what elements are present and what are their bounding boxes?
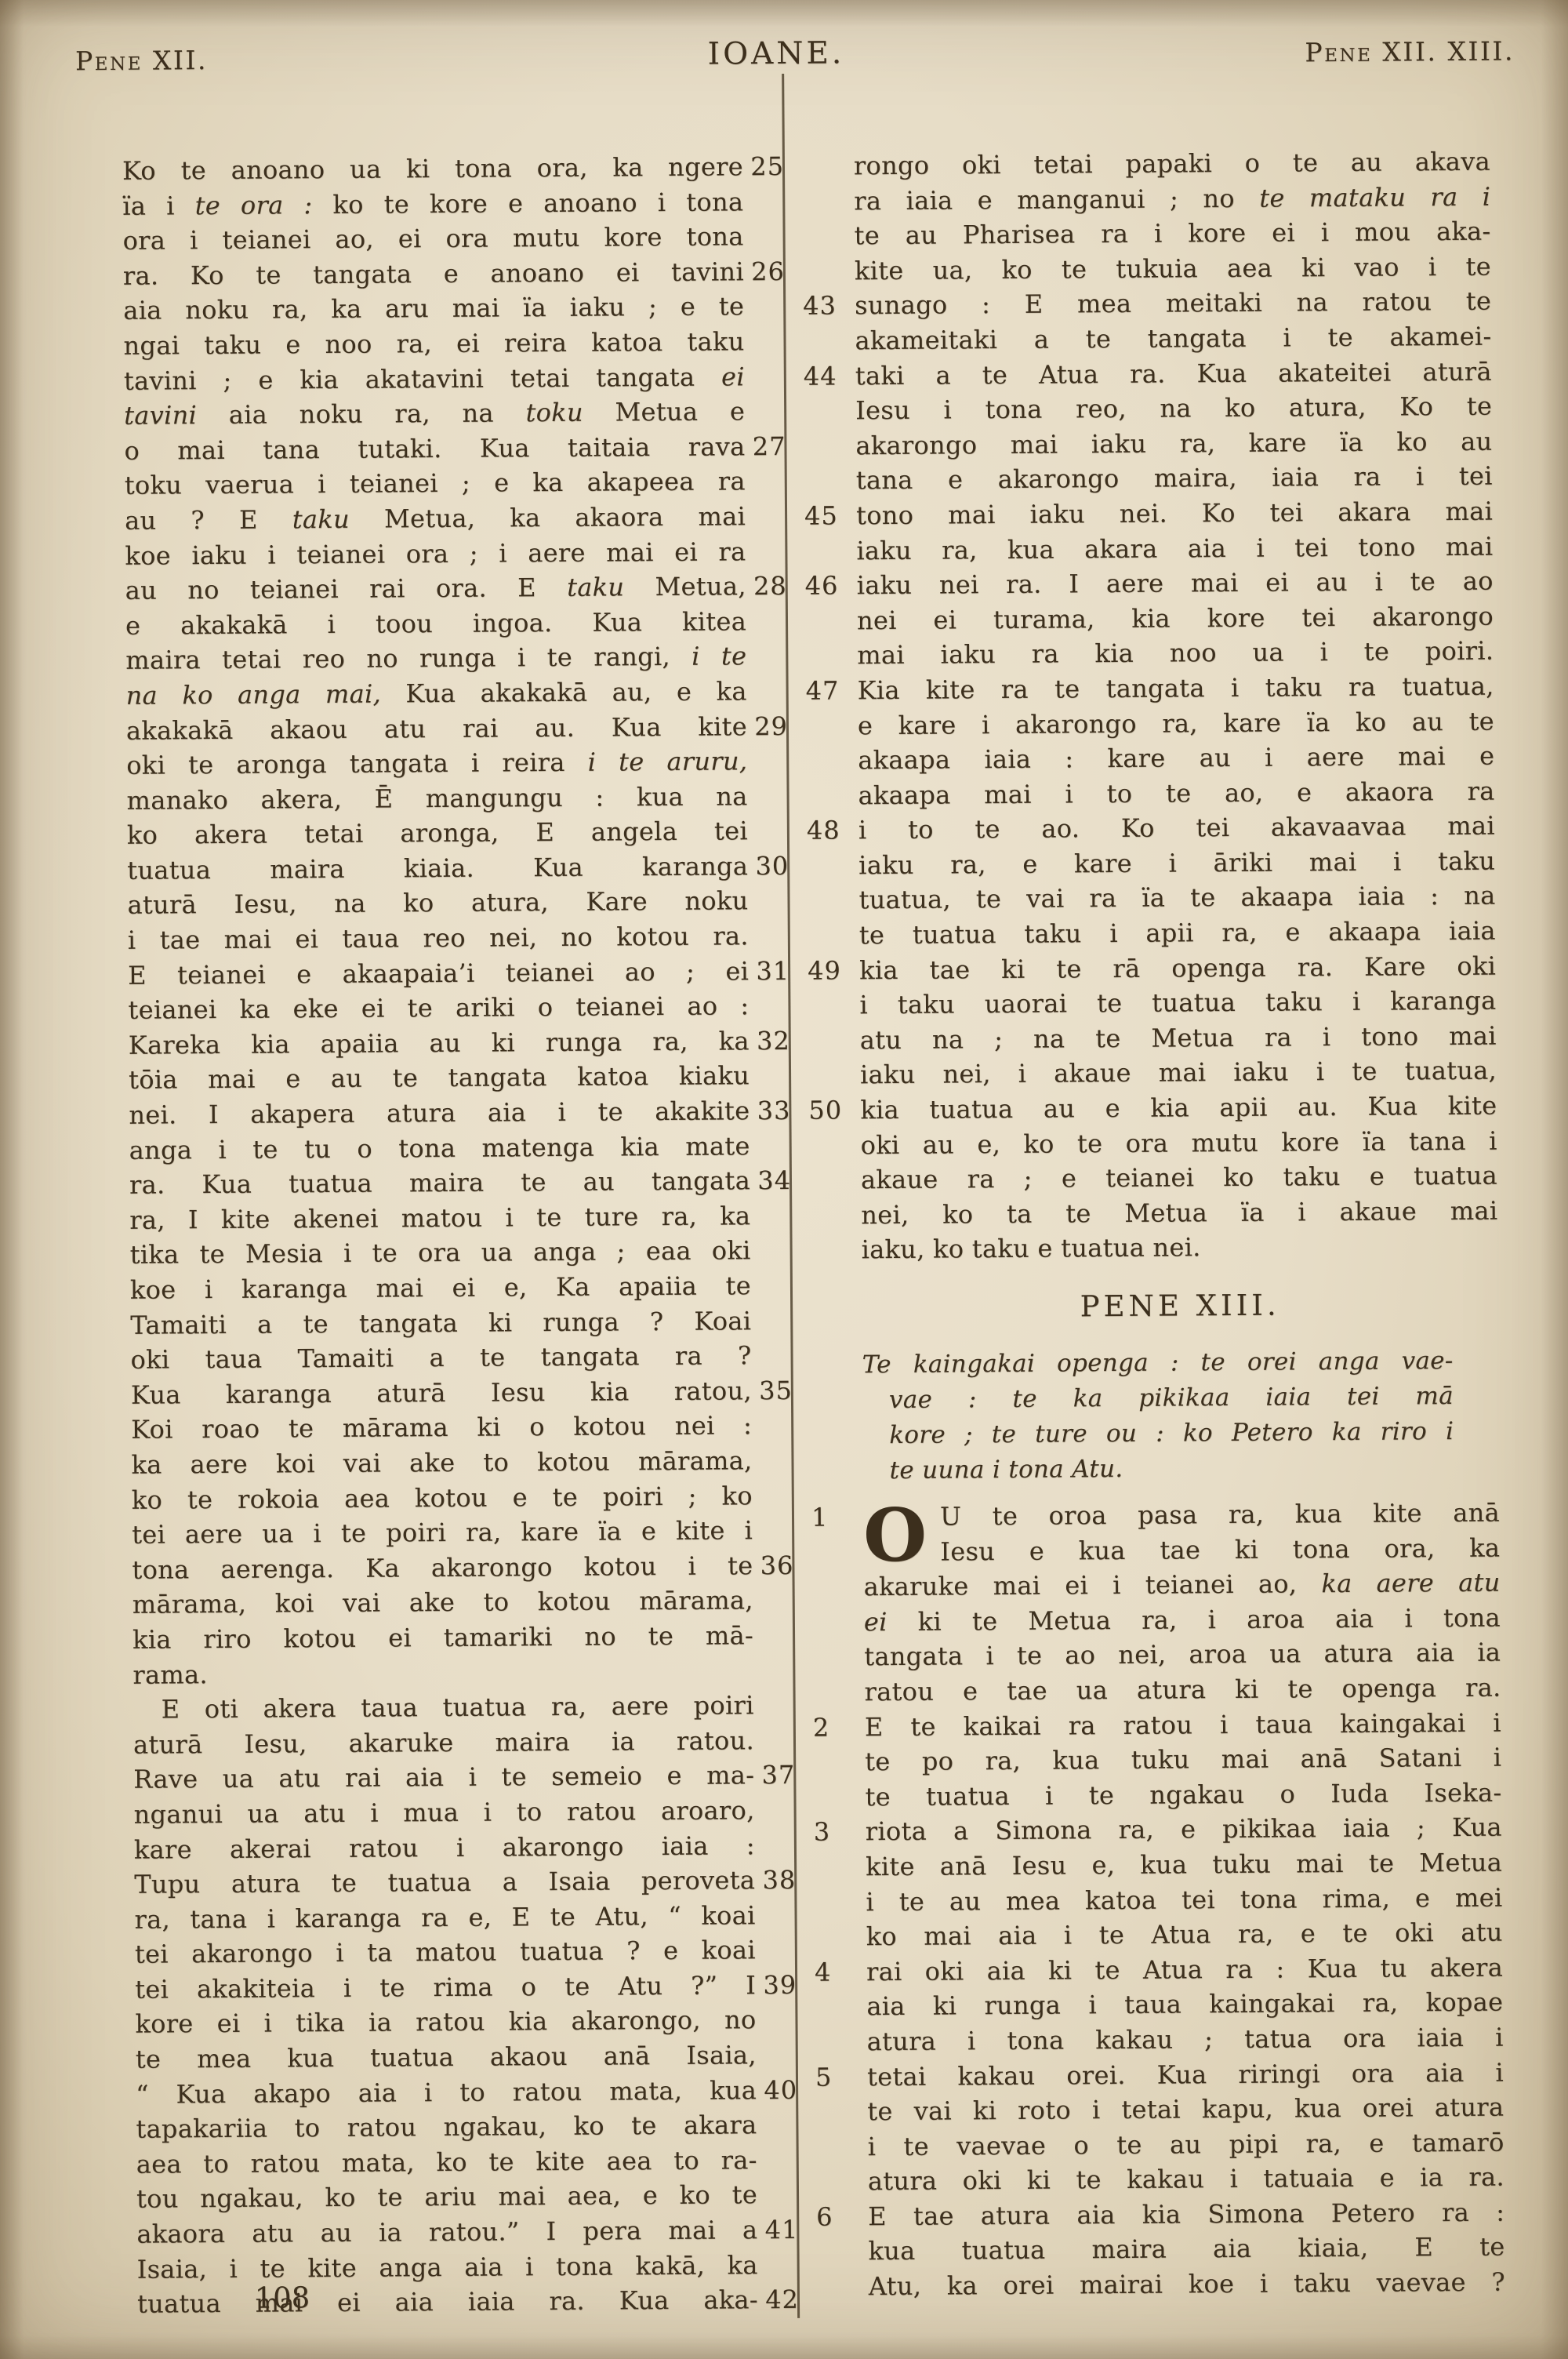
- text-line: ratou e tae ua atura ki te openga ra.: [864, 1670, 1501, 1710]
- text-line: 49kia tae ki te rā openga ra. Kare oki: [859, 948, 1496, 987]
- line-text: rongo oki tetai papaki o te au akava: [854, 147, 1490, 181]
- verse-number: 47: [805, 673, 852, 708]
- text-line: kite anā Iesu e, kua tuku mai te Metua: [866, 1845, 1502, 1885]
- text-line: ora i teianei ao, ei ora mutu kore tona: [122, 220, 743, 259]
- line-text: i to te ao. Ko tei akavaavaa mai: [858, 811, 1495, 845]
- line-text: tei aere ua i te poiri ra, kare ïa e kit…: [132, 1515, 753, 1550]
- text-line: akameitaki a te tangata i te akamei-: [855, 319, 1491, 358]
- line-text: kore ; te ture ou : ko Petero ka riro i: [889, 1417, 1454, 1449]
- text-line: 33nei. I akapera atura aia i te akakite: [129, 1093, 750, 1132]
- text-line: 1OU te oroa pasa ra, kua kite anā: [863, 1496, 1500, 1535]
- running-header-left: Pene XII.: [75, 45, 208, 76]
- text-line: iaku ra, e kare i āriki mai i taku: [858, 844, 1495, 883]
- text-line: tana e akarongo maira, iaia ra i tei: [856, 459, 1493, 498]
- text-line: oki au e, ko te ora mutu kore ïa tana i: [861, 1123, 1497, 1162]
- text-line: 47Kia kite ra te tangata i taku ra tuatu…: [857, 669, 1494, 708]
- verse-number: 27: [729, 429, 786, 464]
- line-text: rai oki aia ki te Atua ra : Kua tu akera: [866, 1952, 1503, 1986]
- text-line: ko akera tetai aronga, E angela tei: [127, 814, 748, 853]
- line-text: kua tuatua maira aia kiaia, E te: [868, 2232, 1504, 2266]
- text-line: 37Rave ua atu rai aia i te semeio e ma-: [133, 1758, 754, 1797]
- line-text: Tupu atura te tuatua a Isaia peroveta: [134, 1865, 755, 1899]
- chapter-13-verses-block: 1OU te oroa pasa ra, kua kite anāIesu e …: [863, 1496, 1505, 2304]
- line-text: te tuatua i te ngakau o Iuda Iseka-: [865, 1777, 1501, 1812]
- line-text: au no teianei rai ora. E taku Metua,: [125, 571, 746, 605]
- text-line: 35Kua karanga aturā Iesu kia ratou,: [131, 1373, 752, 1412]
- line-text: vae : te ka pikikaa iaia tei mā: [889, 1382, 1454, 1414]
- text-line: akaapa mai i to te ao, e akaora ra: [858, 773, 1494, 812]
- text-line: 34ra. Kua tuatua maira te au tangata: [129, 1164, 750, 1203]
- page-number: 108: [227, 2281, 337, 2315]
- running-header-right: Pene XII. XIII.: [1305, 35, 1515, 67]
- text-line: mai iaku ra kia noo ua i te poiri.: [857, 634, 1494, 673]
- text-line: ïa i te ora : ko te kore e anoano i tona: [122, 184, 743, 224]
- line-text: Koi roao te mārama ki o kotou nei :: [131, 1411, 752, 1445]
- line-text: na ko anga mai, Kua akakakā au, e ka: [126, 676, 747, 711]
- line-text: nei ei turama, kia kore tei akarongo: [857, 601, 1494, 635]
- text-line: atu na ; na te Metua ra i tono mai: [860, 1018, 1497, 1057]
- text-line: E oti akera taua tuatua ra, aere poiri: [133, 1688, 754, 1727]
- line-text: tetai kakau orei. Kua riringi ora aia i: [867, 2057, 1504, 2092]
- text-line: maira tetai reo no runga i te rangi, i t…: [125, 639, 746, 678]
- text-line: rongo oki tetai papaki o te au akava: [854, 144, 1490, 184]
- text-line: iaku nei, i akaue mai iaku i te tuatua,: [860, 1053, 1497, 1092]
- line-text: ngai taku e noo ra, ei reira katoa taku: [123, 326, 744, 361]
- right-text-column: rongo oki tetai papaki o te au akavara i…: [854, 144, 1505, 2304]
- verse-number: 50: [808, 1092, 855, 1128]
- line-text: ïa i te ora : ko te kore e anoano i tona: [122, 187, 743, 221]
- line-text: toku vaerua i teianei ; e ka akapeea ra: [125, 467, 746, 501]
- verse-number: 33: [734, 1093, 790, 1129]
- text-line: aturā Iesu, na ko atura, Kare noku: [127, 884, 748, 923]
- text-line: 50kia tuatua au e kia apii au. Kua kite: [860, 1089, 1497, 1128]
- line-text: aea to ratou mata, ko te kite aea to ra-: [136, 2145, 757, 2179]
- line-text: akaapa iaia : kare au i aere mai e: [858, 741, 1494, 776]
- line-text: te po ra, kua tuku mai anā Satani i: [865, 1743, 1501, 1777]
- text-line: Iesu i tona reo, na ko atura, Ko te: [855, 389, 1492, 428]
- line-text: i te vaevae o te au pipi ra, e tamarō: [867, 2127, 1504, 2161]
- text-line: akaapa iaia : kare au i aere mai e: [858, 739, 1494, 778]
- line-text: kore ei i tika ia ratou kia akarongo, no: [135, 2005, 756, 2040]
- line-text: Iesu e kua tae ki tona ora, ka: [940, 1532, 1500, 1566]
- text-line: Iesu e kua tae ki tona ora, ka: [863, 1530, 1500, 1569]
- text-line: 48i to te ao. Ko tei akavaavaa mai: [858, 809, 1495, 848]
- line-text: iaku ra, e kare i āriki mai i taku: [858, 846, 1495, 881]
- line-text: E te kaikai ra ratou i taua kaingakai i: [865, 1707, 1501, 1742]
- page-content: Pene XII. IOANE. Pene XII. XIII. 25Ko te…: [0, 0, 1568, 2359]
- text-line: akaruke mai ei i teianei ao, ka aere atu: [863, 1565, 1500, 1605]
- text-line: vae : te ka pikikaa iaia tei mā: [862, 1379, 1499, 1419]
- verse-number: 3: [814, 1815, 861, 1850]
- line-text: Tamaiti a te tangata ki runga ? Koai: [130, 1306, 751, 1340]
- line-text: aia ki runga i taua kaingakai ra, kopae: [866, 1987, 1503, 2022]
- line-text: akaruke mai ei i teianei ao, ka aere atu: [863, 1568, 1500, 1602]
- verse-number: 6: [816, 2199, 863, 2234]
- chapter-heading: PENE XIII.: [862, 1282, 1498, 1331]
- text-line: 39tei akakiteia i te rima o te Atu ?” I: [135, 1968, 756, 2007]
- line-text: sunago : E mea meitaki na ratou te: [855, 286, 1491, 321]
- text-line: nganui ua atu i mua i to ratou aroaro,: [133, 1793, 754, 1832]
- verse-number: 26: [728, 254, 785, 289]
- text-line: na ko anga mai, Kua akakakā au, e ka: [126, 674, 747, 713]
- line-text: atu na ; na te Metua ra i tono mai: [860, 1020, 1497, 1055]
- line-text: ra. Ko te tangata e anoano ei tavini: [123, 256, 744, 291]
- text-line: Atu, ka orei mairai koe i taku vaevae ?: [869, 2265, 1505, 2304]
- line-text: e kare i akarongo ra, kare ïa ko au te: [858, 706, 1494, 740]
- line-text: nganui ua atu i mua i to ratou aroaro,: [133, 1795, 754, 1830]
- line-text: kite ua, ko te tukuia aea ki vao i te: [855, 251, 1491, 285]
- line-text: oki taua Tamaiti a te tangata ra ?: [130, 1340, 751, 1375]
- scanned-book-page: Pene XII. IOANE. Pene XII. XIII. 25Ko te…: [0, 0, 1568, 2359]
- line-text: tapakariia to ratou ngakau, ko te akara: [136, 2110, 757, 2145]
- line-text: oki au e, ko te ora mutu kore ïa tana i: [861, 1125, 1497, 1160]
- line-text: riota a Simona ra, e pikikaa iaia ; Kua: [866, 1812, 1502, 1847]
- text-line: tika te Mesia i te ora ua anga ; eaa oki: [129, 1234, 750, 1273]
- left-text-column: 25Ko te anoano ua ki tona ora, ka ngereï…: [122, 149, 758, 2321]
- line-text: tika te Mesia i te ora ua anga ; eaa oki: [130, 1236, 751, 1270]
- verse-number: 2: [813, 1710, 860, 1745]
- verse-number: 30: [732, 849, 789, 884]
- line-text: au ? E taku Metua, ka akaora mai: [125, 501, 746, 536]
- line-text: tuatua, te vai ra ïa te akaapa iaia : na: [858, 881, 1495, 915]
- text-line: nei ei turama, kia kore tei akarongo: [857, 598, 1494, 638]
- line-text: kia tae ki te rā openga ra. Kare oki: [859, 951, 1496, 985]
- text-line: tōia mai e au te tangata katoa kiaku: [129, 1059, 750, 1098]
- line-text: aia noku ra, ka aru mai ïa iaku ; e te: [123, 292, 744, 326]
- text-line: 31E teianei e akaapaia’i teianei ao ; ei: [128, 954, 749, 993]
- text-line: tei akarongo i ta matou tuatua ? e koai: [135, 1933, 756, 1972]
- text-line: ei ki te Metua ra, i aroa aia i tona: [864, 1600, 1501, 1639]
- text-line: aia noku ra, ka aru mai ïa iaku ; e te: [123, 289, 744, 329]
- text-line: i te au mea katoa tei tona rima, e mei: [866, 1880, 1502, 1919]
- line-text: rama.: [132, 1659, 208, 1690]
- text-line: ka aere koi vai ake to kotou mārama,: [131, 1443, 752, 1482]
- line-text: Ko te anoano ua ki tona ora, ka ngere: [122, 151, 743, 186]
- line-text: ko te rokoia aea kotou e te poiri ; ko: [132, 1481, 753, 1515]
- line-text: nei, ko ta te Metua ïa i akaue mai: [861, 1195, 1497, 1230]
- verse-number: 46: [805, 569, 852, 604]
- line-text: iaku nei, i akaue mai iaku i te tuatua,: [860, 1056, 1497, 1090]
- line-text: mārama, koi vai ake to kotou mārama,: [132, 1586, 753, 1620]
- text-line: kare akerai ratou i akarongo iaia :: [134, 1828, 755, 1867]
- text-line: akarongo mai iaku ra, kare ïa ko au: [855, 423, 1492, 463]
- line-text: ra, tana i karanga ra e, E te Atu, “ koa…: [134, 1900, 755, 1935]
- text-line: teianei ka eke ei te ariki o teianei ao …: [128, 989, 749, 1028]
- line-text: tangata i te ao nei, aroa ua atura aia i…: [864, 1637, 1501, 1672]
- line-text: Kia kite ra te tangata i taku ra tuatua,: [858, 671, 1494, 706]
- text-line: rama.: [132, 1653, 753, 1692]
- chapter-12-continued-block: rongo oki tetai papaki o te au akavara i…: [854, 144, 1498, 1268]
- text-line: 2E te kaikai ra ratou i taua kaingakai i: [865, 1705, 1501, 1744]
- text-line: 26ra. Ko te tangata e anoano ei tavini: [123, 254, 744, 293]
- verse-number: 36: [737, 1548, 793, 1583]
- text-line: Koi roao te mārama ki o kotou nei :: [131, 1408, 752, 1448]
- line-text: “ Kua akapo aia i to ratou mata, kua: [136, 2075, 757, 2110]
- line-text: tou ngakau, ko te ariu mai aea, e ko te: [136, 2180, 757, 2215]
- line-text: E teianei e akaapaia’i teianei ao ; ei: [128, 956, 749, 990]
- text-line: 4rai oki aia ki te Atua ra : Kua tu aker…: [866, 1950, 1503, 1989]
- text-line: e kare i akarongo ra, kare ïa ko au te: [858, 703, 1494, 743]
- text-line: te uuna i tona Atu.: [862, 1449, 1499, 1489]
- line-text: te tuatua taku i apii ra, e akaapa iaia: [859, 916, 1496, 951]
- text-line: 46iaku nei ra. I aere mai ei au i te ao: [857, 564, 1494, 603]
- line-text: Isaia, i te kite anga aia i tona kakā, k…: [137, 2250, 758, 2284]
- line-text: ei ki te Metua ra, i aroa aia i tona: [864, 1602, 1501, 1637]
- verse-number: 29: [731, 708, 788, 743]
- verse-number: 35: [736, 1373, 793, 1408]
- text-line: tavini ; e kia akatavini tetai tangata e…: [124, 359, 745, 398]
- verse-number: 5: [815, 2059, 862, 2095]
- verse-number: 31: [733, 954, 789, 989]
- text-line: koe i karanga mai ei e, Ka apaiia te: [130, 1268, 751, 1307]
- verse-number: 32: [734, 1023, 790, 1059]
- text-line: 28au no teianei rai ora. E taku Metua,: [125, 569, 746, 608]
- line-text: Atu, ka orei mairai koe i taku vaevae ?: [869, 2267, 1505, 2302]
- line-text: akameitaki a te tangata i te akamei-: [855, 322, 1491, 356]
- line-text: aturā Iesu, akaruke maira ia ratou.: [133, 1725, 754, 1760]
- line-text: ra, I kite akenei matou i te ture ra, ka: [129, 1201, 750, 1235]
- line-text: te uuna i tona Atu.: [889, 1455, 1123, 1485]
- text-line: te mea kua tuatua akaou anā Isaia,: [136, 2037, 757, 2077]
- text-line: manako akera, Ē mangungu : kua na: [126, 779, 747, 818]
- text-line: aturā Iesu, akaruke maira ia ratou.: [133, 1723, 754, 1762]
- line-text: E oti akera taua tuatua ra, aere poiri: [162, 1690, 754, 1724]
- line-text: Kua karanga aturā Iesu kia ratou,: [131, 1376, 752, 1410]
- line-text: tei akakiteia i te rima o te Atu ?” I: [135, 1970, 756, 2005]
- verse-number: 43: [803, 289, 850, 324]
- text-line: iaku, ko taku e tuatua nei.: [861, 1228, 1497, 1267]
- text-line: tei aere ua i te poiri ra, kare ïa e kit…: [132, 1513, 753, 1552]
- line-text: tei akarongo i ta matou tuatua ? e koai: [135, 1936, 756, 1970]
- line-text: koe iaku i teianei ora ; i aere mai ei r…: [125, 536, 746, 571]
- text-line: oki te aronga tangata i reira i te aruru…: [126, 743, 747, 783]
- chapter-summary: Te kaingakai openga : te orei anga vae-v…: [862, 1343, 1499, 1489]
- text-line: atura oki ki te kakau i tatuaia e ia ra.: [868, 2160, 1504, 2199]
- text-line: oki taua Tamaiti a te tangata ra ?: [130, 1338, 751, 1377]
- text-line: 43sunago : E mea meitaki na ratou te: [855, 284, 1491, 323]
- text-line: i taku uaorai te tuatua taku i karanga: [859, 983, 1496, 1023]
- line-text: ra. Kua tuatua maira te au tangata: [129, 1166, 750, 1201]
- text-line: 29akakakā akaou atu rai au. Kua kite: [126, 709, 747, 748]
- text-line: 32Kareka kia apaiia au ki runga ra, ka: [129, 1023, 750, 1063]
- text-line: Te kaingakai openga : te orei anga vae-: [862, 1343, 1498, 1383]
- line-text: akaapa mai i to te ao, e akaora ra: [858, 776, 1494, 810]
- text-line: 38Tupu atura te tuatua a Isaia peroveta: [134, 1863, 755, 1902]
- text-line: anga i te tu o tona matenga kia mate: [129, 1129, 750, 1168]
- text-line: te po ra, kua tuku mai anā Satani i: [865, 1740, 1501, 1779]
- line-text: taki a te Atua ra. Kua akateitei aturā: [855, 356, 1492, 391]
- line-text: ra iaia e manganui ; no te mataku ra i: [854, 181, 1490, 216]
- text-line: e akakakā i toou ingoa. Kua kitea: [125, 604, 746, 643]
- text-line: tapakariia to ratou ngakau, ko te akara: [136, 2108, 757, 2147]
- line-text: anga i te tu o tona matenga kia mate: [129, 1131, 750, 1165]
- text-line: mārama, koi vai ake to kotou mārama,: [132, 1583, 753, 1623]
- line-text: kare akerai ratou i akarongo iaia :: [134, 1830, 755, 1865]
- line-text: te mea kua tuatua akaou anā Isaia,: [136, 2040, 757, 2074]
- line-text: tavini aia noku ra, na toku Metua e: [124, 396, 745, 431]
- text-line: atura i tona kakau ; tatua ora iaia i: [867, 2020, 1504, 2059]
- text-line: tuatua, te vai ra ïa te akaapa iaia : na: [858, 878, 1495, 918]
- line-text: manako akera, Ē mangungu : kua na: [126, 781, 747, 816]
- text-line: tavini aia noku ra, na toku Metua e: [124, 394, 745, 433]
- verse-number: 40: [741, 2073, 797, 2108]
- line-text: akarongo mai iaku ra, kare ïa ko au: [855, 426, 1492, 460]
- verse-number: 45: [804, 498, 851, 533]
- line-text: Iesu i tona reo, na ko atura, Ko te: [855, 391, 1492, 426]
- line-text: mai iaku ra kia noo ua i te poiri.: [857, 636, 1494, 671]
- line-text: o mai tana tutaki. Kua taitaia rava: [124, 431, 745, 466]
- text-line: ra, tana i karanga ra e, E te Atu, “ koa…: [134, 1898, 755, 1937]
- text-line: te tuatua i te ngakau o Iuda Iseka-: [865, 1775, 1501, 1814]
- line-text: tana e akarongo maira, iaia ra i tei: [856, 461, 1493, 496]
- text-line: te tuatua taku i apii ra, e akaapa iaia: [859, 914, 1496, 953]
- line-text: iaku nei ra. I aere mai ei au i te ao: [857, 566, 1494, 601]
- text-line: Tamaiti a te tangata ki runga ? Koai: [130, 1303, 751, 1343]
- line-text: atura oki ki te kakau i tatuaia e ia ra.: [868, 2162, 1504, 2197]
- line-text: e akakakā i toou ingoa. Kua kitea: [125, 606, 746, 641]
- text-line: 30tuatua maira kiaia. Kua karanga: [127, 849, 748, 888]
- text-line: 36tona aerenga. Ka akarongo kotou i te: [132, 1548, 753, 1587]
- text-line: 40“ Kua akapo aia i to ratou mata, kua: [136, 2073, 757, 2112]
- text-line: aia ki runga i taua kaingakai ra, kopae: [866, 1985, 1503, 2024]
- text-line: 25Ko te anoano ua ki tona ora, ka ngere: [122, 149, 743, 188]
- line-text: Rave ua atu rai aia i te semeio e ma-: [133, 1761, 754, 1795]
- text-line: toku vaerua i teianei ; e ka akapeea ra: [125, 464, 746, 503]
- line-text: akakakā akaou atu rai au. Kua kite: [126, 711, 747, 746]
- text-line: 45tono mai iaku nei. Ko tei akara mai: [856, 494, 1493, 533]
- text-line: kite ua, ko te tukuia aea ki vao i te: [855, 249, 1491, 288]
- verse-number: 39: [740, 1968, 797, 2003]
- line-text: oki te aronga tangata i reira i te aruru…: [126, 746, 747, 780]
- text-line: kia riro kotou ei tamariki no te mā-: [132, 1618, 753, 1657]
- text-line: 6E tae atura aia kia Simona Petero ra :: [868, 2194, 1504, 2234]
- line-text: te au Pharisea ra i kore ei i mou aka-: [854, 216, 1490, 251]
- verse-number: 42: [742, 2282, 799, 2317]
- text-line: 27o mai tana tutaki. Kua taitaia rava: [124, 429, 745, 468]
- line-text: koe i karanga mai ei e, Ka apaiia te: [130, 1270, 751, 1305]
- line-text: tono mai iaku nei. Ko tei akara mai: [856, 496, 1493, 531]
- line-text: ratou e tae ua atura ki te openga ra.: [864, 1673, 1501, 1707]
- verse-number: 34: [735, 1163, 791, 1198]
- verse-number: 49: [808, 953, 855, 988]
- line-text: i taku uaorai te tuatua taku i karanga: [859, 986, 1496, 1020]
- text-line: nei, ko ta te Metua ïa i akaue mai: [861, 1193, 1497, 1232]
- text-line: 5tetai kakau orei. Kua riringi ora aia i: [867, 2055, 1504, 2094]
- verse-number: 1: [811, 1499, 858, 1535]
- text-line: kore ei i tika ia ratou kia akarongo, no: [135, 2003, 756, 2042]
- line-text: tuatua maira kiaia. Kua karanga: [127, 851, 748, 885]
- line-text: Te kaingakai openga : te orei anga vae-: [862, 1347, 1454, 1379]
- line-text: i te au mea katoa tei tona rima, e mei: [866, 1882, 1502, 1917]
- text-line: te vai ki roto i tetai kapu, kua orei at…: [867, 2090, 1504, 2129]
- line-text: kite anā Iesu e, kua tuku mai te Metua: [866, 1848, 1502, 1882]
- text-line: ra iaia e manganui ; no te mataku ra i: [854, 179, 1490, 218]
- line-text: ka aere koi vai ake to kotou mārama,: [131, 1445, 752, 1480]
- text-line: te au Pharisea ra i kore ei i mou aka-: [854, 214, 1490, 253]
- line-text: tavini ; e kia akatavini tetai tangata e…: [124, 362, 745, 396]
- text-line: 3riota a Simona ra, e pikikaa iaia ; Kua: [866, 1810, 1502, 1849]
- text-line: au ? E taku Metua, ka akaora mai: [125, 499, 746, 538]
- verse-number: 41: [742, 2212, 798, 2248]
- line-text: kia riro kotou ei tamariki no te mā-: [132, 1620, 753, 1655]
- line-text: akaora atu au ia ratou.” I pera mai a: [136, 2215, 757, 2249]
- text-line: koe iaku i teianei ora ; i aere mai ei r…: [125, 534, 746, 573]
- line-text: atura i tona kakau ; tatua ora iaia i: [867, 2023, 1504, 2057]
- text-line: i te vaevae o te au pipi ra, e tamarō: [867, 2125, 1504, 2164]
- text-line: i tae mai ei taua reo nei, no kotou ra.: [128, 918, 749, 958]
- line-text: E tae atura aia kia Simona Petero ra :: [868, 2197, 1504, 2231]
- line-text: ko mai aia i te Atua ra, e te oki atu: [866, 1917, 1503, 1952]
- line-text: teianei ka eke ei te ariki o teianei ao …: [128, 991, 749, 1026]
- line-text: maira tetai reo no runga i te rangi, i t…: [125, 642, 746, 676]
- verse-number: 25: [728, 149, 784, 184]
- line-text: aturā Iesu, na ko atura, Kare noku: [127, 886, 748, 921]
- line-text: ko akera tetai aronga, E angela tei: [127, 816, 748, 851]
- line-text: te vai ki roto i tetai kapu, kua orei at…: [867, 2092, 1504, 2127]
- text-line: ra, I kite akenei matou i te ture ra, ka: [129, 1198, 750, 1238]
- text-line: tou ngakau, ko te ariu mai aea, e ko te: [136, 2178, 757, 2217]
- text-line: ko mai aia i te Atua ra, e te oki atu: [866, 1915, 1503, 1954]
- text-line: ko te rokoia aea kotou e te poiri ; ko: [132, 1478, 753, 1518]
- text-line: 44taki a te Atua ra. Kua akateitei aturā: [855, 354, 1492, 393]
- text-line: ngai taku e noo ra, ei reira katoa taku: [123, 324, 744, 363]
- text-line: tangata i te ao nei, aroa ua atura aia i…: [864, 1635, 1501, 1674]
- line-text: Kareka kia apaiia au ki runga ra, ka: [129, 1026, 750, 1060]
- verse-number: 48: [807, 813, 854, 849]
- line-text: nei. I akapera atura aia i te akakite: [129, 1096, 750, 1130]
- line-text: i tae mai ei taua reo nei, no kotou ra.: [128, 921, 749, 955]
- text-line: akaue ra ; e teianei ko taku e tuatua: [861, 1158, 1497, 1198]
- text-line: kore ; te ture ou : ko Petero ka riro i: [862, 1414, 1499, 1454]
- verse-number: 4: [815, 1954, 862, 1990]
- text-line: iaku ra, kua akara aia i tei tono mai: [856, 529, 1493, 568]
- line-text: tona aerenga. Ka akarongo kotou i te: [132, 1550, 753, 1585]
- line-text: U te oroa pasa ra, kua kite anā: [940, 1498, 1500, 1532]
- text-line: aea to ratou mata, ko te kite aea to ra-: [136, 2143, 757, 2182]
- verse-number: 44: [804, 358, 851, 394]
- verse-number: 28: [731, 569, 787, 604]
- line-text: ora i teianei ao, ei ora mutu kore tona: [122, 222, 743, 256]
- verse-number: 38: [739, 1863, 796, 1898]
- line-text: kia tuatua au e kia apii au. Kua kite: [860, 1091, 1497, 1125]
- line-text: iaku, ko taku e tuatua nei.: [861, 1233, 1200, 1265]
- line-text: akaue ra ; e teianei ko taku e tuatua: [861, 1161, 1497, 1195]
- text-line: 41akaora atu au ia ratou.” I pera mai a: [136, 2212, 757, 2252]
- text-line: kua tuatua maira aia kiaia, E te: [868, 2230, 1504, 2269]
- running-header-title: IOANE.: [627, 35, 925, 73]
- line-text: iaku ra, kua akara aia i tei tono mai: [856, 531, 1493, 565]
- line-text: tōia mai e au te tangata katoa kiaku: [129, 1061, 750, 1096]
- verse-number: 37: [739, 1757, 795, 1793]
